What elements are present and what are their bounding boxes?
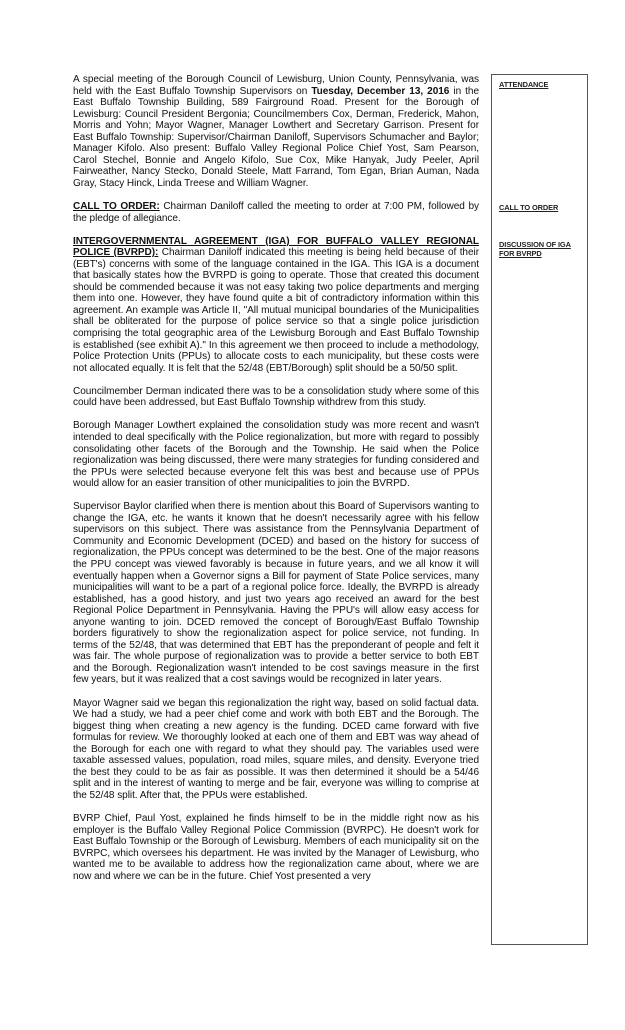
- topic-label-discussion-iga: DISCUSSION OF IGA FOR BVRPD: [499, 240, 571, 258]
- minutes-body: A special meeting of the Borough Council…: [73, 74, 479, 894]
- topic-label-call-to-order: CALL TO ORDER: [499, 203, 558, 212]
- iga-paragraph: INTERGOVERNMENTAL AGREEMENT (IGA) FOR BU…: [73, 236, 479, 375]
- topic-label-discussion-line2: FOR BVRPD: [499, 249, 571, 258]
- call-to-order-paragraph: CALL TO ORDER: Chairman Daniloff called …: [73, 201, 479, 224]
- document-page: A special meeting of the Borough Council…: [0, 0, 625, 1030]
- call-to-order-heading: CALL TO ORDER:: [73, 201, 160, 212]
- iga-text: Chairman Daniloff indicated this meeting…: [73, 247, 479, 373]
- derman-paragraph: Councilmember Derman indicated there was…: [73, 386, 479, 409]
- topic-label-attendance: ATTENDANCE: [499, 80, 548, 89]
- topic-label-discussion-line1: DISCUSSION OF IGA: [499, 240, 571, 249]
- lowthert-paragraph: Borough Manager Lowthert explained the c…: [73, 420, 479, 489]
- yost-paragraph: BVRP Chief, Paul Yost, explained he find…: [73, 813, 479, 882]
- attendance-text-end: in the East Buffalo Township Building, 5…: [73, 86, 479, 189]
- wagner-paragraph: Mayor Wagner said we began this regional…: [73, 698, 479, 802]
- margin-topics-box: ATTENDANCE CALL TO ORDER DISCUSSION OF I…: [491, 74, 588, 945]
- meeting-date: Tuesday, December 13, 2016: [311, 86, 449, 97]
- baylor-paragraph: Supervisor Baylor clarified when there i…: [73, 501, 479, 686]
- attendance-paragraph: A special meeting of the Borough Council…: [73, 74, 479, 189]
